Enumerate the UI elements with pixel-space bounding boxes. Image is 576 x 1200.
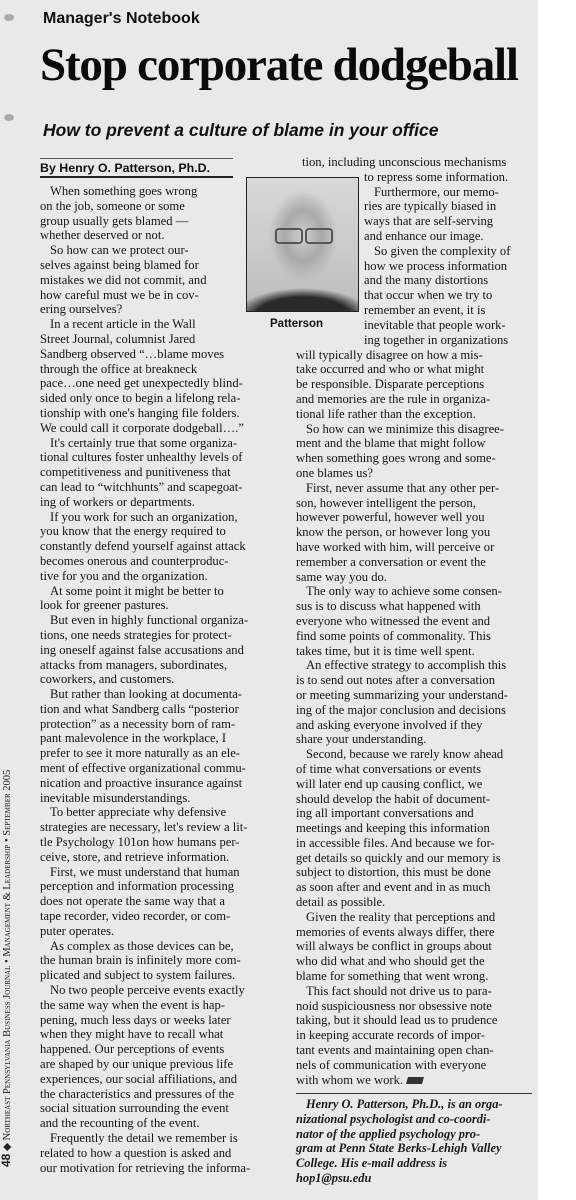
text-line: mistakes we did not commit, and	[40, 273, 240, 288]
folio-text: Northeast Pennsylvania Business Journal …	[2, 770, 13, 1141]
text-line: tions, one needs strategies for protect-	[40, 628, 240, 643]
text-line: puter operates.	[40, 924, 240, 939]
text-line: So how can we protect our-	[40, 243, 240, 258]
text-line: strategies are necessary, let's review a…	[40, 820, 240, 835]
text-line: same way you do.	[296, 570, 532, 585]
text-line: however powerful, however well you	[296, 510, 532, 525]
text-line: ing all important conversations and	[296, 806, 532, 821]
page-number: 48	[0, 1154, 13, 1167]
text-line: to repress some information.	[364, 170, 534, 185]
text-line: becomes onerous and counterproduc-	[40, 554, 240, 569]
text-line: ering ourselves?	[40, 302, 240, 317]
text-line: In a recent article in the Wall	[40, 317, 240, 332]
text-line: So how can we minimize this disagree-	[296, 422, 532, 437]
text-line: group usually gets blamed —	[40, 214, 240, 229]
binder-hole-mark	[4, 114, 14, 121]
text-line: is to send out notes after a conversatio…	[296, 673, 532, 688]
text-line: tive for you and the organization.	[40, 569, 240, 584]
right-column-top-line: tion, including unconscious mechanisms	[302, 155, 506, 170]
text-line: tion and what Sandberg calls “posterior	[40, 702, 240, 717]
text-line: tant events and maintaining open chan-	[296, 1043, 532, 1058]
text-line: If you work for such an organization,	[40, 510, 240, 525]
text-line: Sandberg observed “…blame moves	[40, 347, 240, 362]
section-kicker: Manager's Notebook	[43, 10, 200, 28]
text-line: have worked with him, will perceive or	[296, 540, 532, 555]
text-line: whether deserved or not.	[40, 228, 240, 243]
text-line: be responsible. Disparate perceptions	[296, 377, 532, 392]
text-line: through the office at breakneck	[40, 362, 240, 377]
text-line: ment and the blame that might follow	[296, 436, 532, 451]
text-line: how we process information	[364, 259, 534, 274]
text-line: will typically disagree on how a mis-	[296, 348, 532, 363]
text-line: son, however intelligent the person,	[296, 496, 532, 511]
text-line: social situation surrounding the event	[40, 1101, 240, 1116]
text-line: plicated and subject to system failures.	[40, 968, 240, 983]
folio-separator: ◆	[2, 1140, 13, 1151]
end-mark-icon	[406, 1077, 424, 1084]
text-line: in accessible files. And because we for-	[296, 836, 532, 851]
text-line: tape recorder, video recorder, or com-	[40, 909, 240, 924]
text-line: subject to distortion, this must be done	[296, 865, 532, 880]
right-column-wrap: to repress some information.Furthermore,…	[364, 170, 534, 348]
article-deck: How to prevent a culture of blame in you…	[43, 120, 438, 141]
text-line: Henry O. Patterson, Ph.D., is an orga-	[296, 1097, 532, 1112]
text-line: tional life rather than the exception.	[296, 407, 532, 422]
text-line: and memories are the rule in organiza-	[296, 392, 532, 407]
text-line: selves against being blamed for	[40, 258, 240, 273]
left-column: When something goes wrongon the job, som…	[40, 184, 240, 1175]
text-line: detail as possible.	[296, 895, 532, 910]
text-line: remember an event, it is	[364, 303, 534, 318]
text-line: in keeping accurate records of impor-	[296, 1028, 532, 1043]
text-line: At some point it might be better to	[40, 584, 240, 599]
article-headline: Stop corporate dodgeball	[40, 42, 518, 89]
text-line: Second, because we rarely know ahead	[296, 747, 532, 762]
text-line: everyone who witnessed the event and	[296, 614, 532, 629]
text-line: of time what conversations or events	[296, 762, 532, 777]
text-line: No two people perceive events exactly	[40, 983, 240, 998]
text-line: Given the reality that perceptions and	[296, 910, 532, 925]
text-line: the same way when the event is hap-	[40, 998, 240, 1013]
photo-detail	[305, 228, 333, 244]
text-line: Frequently the detail we remember is	[40, 1131, 240, 1146]
text-line: hop1@psu.edu	[296, 1171, 532, 1186]
text-line: Furthermore, our memo-	[364, 185, 534, 200]
text-line: experiences, our social affiliations, an…	[40, 1072, 240, 1087]
text-line: memories of events always differ, there	[296, 925, 532, 940]
text-line: one blames us?	[296, 466, 532, 481]
text-line: tionship with one's hanging file folders…	[40, 406, 240, 421]
text-line: sus is to discuss what happened with	[296, 599, 532, 614]
text-line: on the job, someone or some	[40, 199, 240, 214]
text-line: our motivation for retrieving the inform…	[40, 1161, 240, 1176]
text-line: pant malevolence in the workplace, I	[40, 731, 240, 746]
text-line: constantly defend yourself against attac…	[40, 539, 240, 554]
text-line: take occurred and who or what might	[296, 362, 532, 377]
text-line: First, we must understand that human	[40, 865, 240, 880]
text-line: who did what and who should get the	[296, 954, 532, 969]
text-line: nator of the applied psychology pro-	[296, 1127, 532, 1142]
text-line: should develop the habit of document-	[296, 792, 532, 807]
text-line: ing oneself against false accusations an…	[40, 643, 240, 658]
text-line: ing of workers or departments.	[40, 495, 240, 510]
text-line: This fact should not drive us to para-	[296, 984, 532, 999]
text-line: nication and proactive insurance against	[40, 776, 240, 791]
text-line: competitiveness and punitiveness that	[40, 465, 240, 480]
text-line: taking, but it should lead us to prudenc…	[296, 1013, 532, 1028]
text-line: when something goes wrong and some-	[296, 451, 532, 466]
text-line: First, never assume that any other per-	[296, 481, 532, 496]
photo-detail	[275, 228, 303, 244]
text-line: remember a conversation or event the	[296, 555, 532, 570]
text-line: the human brain is infinitely more com-	[40, 953, 240, 968]
text-line: As complex as those devices can be,	[40, 939, 240, 954]
author-photo	[246, 177, 359, 312]
binder-hole-mark	[4, 14, 14, 21]
text-line: look for greener pastures.	[40, 598, 240, 613]
text-line: ing together in organizations	[364, 333, 534, 348]
text-line: We could call it corporate dodgeball….”	[40, 421, 240, 436]
text-line: ceive, store, and retrieve information.	[40, 850, 240, 865]
text-line: Street Journal, columnist Jared	[40, 332, 240, 347]
text-line: can lead to “witchhunts” and scapegoat-	[40, 480, 240, 495]
magazine-page: Manager's Notebook Stop corporate dodgeb…	[0, 0, 538, 1200]
text-line: ways that are self-serving	[364, 214, 534, 229]
text-line: you know that the energy required to	[40, 524, 240, 539]
text-line: tional cultures foster unhealthy levels …	[40, 450, 240, 465]
text-line: does not operate the same way that a	[40, 894, 240, 909]
text-line: related to how a question is asked and	[40, 1146, 240, 1161]
author-bio: Henry O. Patterson, Ph.D., is an orga-ni…	[296, 1093, 532, 1186]
text-line: share your understanding.	[296, 732, 532, 747]
text-line: When something goes wrong	[40, 184, 240, 199]
text-line: The only way to achieve some consen-	[296, 584, 532, 599]
text-line: It's certainly true that some organiza-	[40, 436, 240, 451]
text-line: find some points of commonality. This	[296, 629, 532, 644]
text-line: protection” as a necessity born of ram-	[40, 717, 240, 732]
text-line: nels of communication with everyone	[296, 1058, 532, 1073]
text-line: takes time, but it is time well spent.	[296, 644, 532, 659]
text-line: attacks from managers, subordinates,	[40, 658, 240, 673]
text-line: But rather than looking at documenta-	[40, 687, 240, 702]
text-line: ment of effective organizational commu-	[40, 761, 240, 776]
text-line: sided only once to begin a lifelong rela…	[40, 391, 240, 406]
text-line: nizational psychologist and co-coordi-	[296, 1112, 532, 1127]
text-line: know the person, or however long you	[296, 525, 532, 540]
text-line: But even in highly functional organiza-	[40, 613, 240, 628]
text-line: An effective strategy to accomplish this	[296, 658, 532, 673]
text-line: pace…one need get unexpectedly blind-	[40, 376, 240, 391]
text-line: and the recounting of the event.	[40, 1116, 240, 1131]
text-line: with whom we work.	[296, 1073, 532, 1088]
text-line: will later end up causing conflict, we	[296, 777, 532, 792]
text-line: So given the complexity of	[364, 244, 534, 259]
text-line: are shaped by our unique previous life	[40, 1057, 240, 1072]
right-column: will typically disagree on how a mis-tak…	[296, 348, 532, 1088]
text-line: tion, including unconscious mechanisms	[302, 155, 506, 170]
text-line: tle Psychology 101on how humans per-	[40, 835, 240, 850]
text-line: and enhance our image.	[364, 229, 534, 244]
text-line: perception and information processing	[40, 879, 240, 894]
text-line: ing of the major conclusion and decision…	[296, 703, 532, 718]
text-line: coworkers, and customers.	[40, 672, 240, 687]
text-line: as soon after and event and in as much	[296, 880, 532, 895]
photo-caption: Patterson	[270, 318, 323, 330]
page-folio: 48 ◆ Northeast Pennsylvania Business Jou…	[0, 567, 13, 1167]
text-line: or meeting summarizing your understand-	[296, 688, 532, 703]
text-line: College. His e-mail address is	[296, 1156, 532, 1171]
text-line: inevitable that people work-	[364, 318, 534, 333]
text-line: when they might have to recall what	[40, 1027, 240, 1042]
text-line: pening, much less days or weeks later	[40, 1013, 240, 1028]
text-line: meetings and keeping this information	[296, 821, 532, 836]
text-line: the characteristics and pressures of the	[40, 1087, 240, 1102]
text-line: gram at Penn State Berks-Lehigh Valley	[296, 1141, 532, 1156]
text-line: To better appreciate why defensive	[40, 805, 240, 820]
text-line: will always be conflict in groups about	[296, 939, 532, 954]
text-line: and the many distortions	[364, 273, 534, 288]
text-line: noid suspiciousness nor obsessive note	[296, 999, 532, 1014]
byline: By Henry O. Patterson, Ph.D.	[40, 158, 233, 178]
text-line: ries are typically biased in	[364, 199, 534, 214]
text-line: and asking everyone involved if they	[296, 718, 532, 733]
text-line: get details so quickly and our memory is	[296, 851, 532, 866]
text-line: that occur when we try to	[364, 288, 534, 303]
text-line: inevitable misunderstandings.	[40, 791, 240, 806]
text-line: prefer to see it more naturally as an el…	[40, 746, 240, 761]
text-line: how careful must we be in cov-	[40, 288, 240, 303]
text-line: happened. Our perceptions of events	[40, 1042, 240, 1057]
text-line: blame for something that went wrong.	[296, 969, 532, 984]
